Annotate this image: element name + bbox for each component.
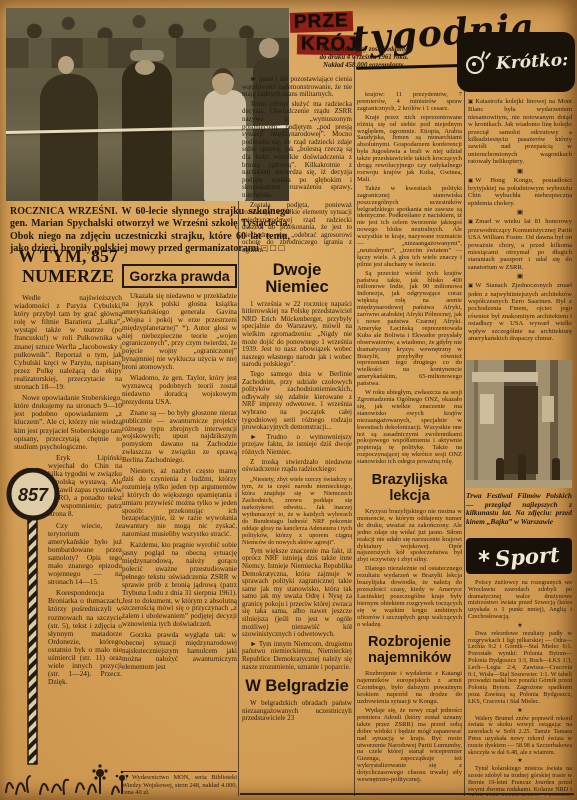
square-divider-icon: ▣ — [468, 209, 572, 217]
quote-paragraph: „Niestety, zbyt wiele rzeczy świadczy o … — [242, 476, 352, 546]
article-paragraph: Dlatego niezależnie od ostatecznego rezu… — [357, 566, 462, 628]
sport-item: Dwa rekordowe rezultaty padły w rozgrywk… — [468, 631, 572, 706]
sport-item: Tytuł kolarskiego mistrza świata na szos… — [468, 766, 572, 796]
brazylijska-lekcja-heading: Brazylijska lekcja — [357, 473, 462, 504]
article-paragraph: Z troską stwierdzało niedawne oświadczen… — [242, 459, 352, 474]
star-divider-icon: ★ — [468, 707, 572, 715]
article-paragraph: Znane są — bo były głoszone nieraz publi… — [122, 410, 237, 465]
svg-text:857: 857 — [18, 485, 49, 505]
square-marker-icon: ▣ — [468, 219, 473, 225]
issue-paragraph: Wedle najświeższych wiadomości z Paryża … — [14, 294, 122, 391]
sport-item: Walery Brumel znów poprawił rekord świat… — [468, 716, 572, 757]
article-paragraph: krajów: 11 prezydentów, 7 premierów, 4 m… — [357, 92, 462, 113]
krotko-item: ▣W Stanach Zjednoczonych zmarł jeden z n… — [468, 282, 572, 342]
article-paragraph: Każdemu, kto pragnie wyrobić sobie jasny… — [122, 542, 237, 629]
caption-lead: ROCZNICA WRZEŚNI. — [10, 206, 118, 217]
article-paragraph: ► jasne i nie pozostawiające cienia wątp… — [242, 76, 352, 99]
gorzka-prawda-heading: Gorzka prawda — [122, 264, 237, 288]
article-paragraph: Są przecież wśród tych krajów państwa ta… — [357, 271, 462, 388]
logo-line1: PRZE — [290, 11, 353, 33]
press-note: Numer niniejszy został oddany do druku 4… — [318, 46, 410, 71]
square-marker-icon: ▣ — [468, 178, 473, 184]
article-paragraph: Temu celowi służyć ma radziecka decyzja.… — [242, 101, 352, 200]
sport-star-icon — [478, 550, 490, 562]
krotko-item: ▣W Hong Kongu, posiadłości brytyjskiej n… — [468, 177, 572, 208]
article-paragraph: Ukazała się niedawno w przekładzie na ję… — [122, 293, 237, 372]
article-paragraph: Tego samego dnia w Berlinie Zachodnim, p… — [242, 371, 352, 432]
issue-paragraph: Nowe opowiadanie Stoberskiego, które dru… — [14, 394, 122, 451]
krotko-item: ▣Katastrofa kolejki linowej na Mont Blan… — [468, 98, 572, 166]
week-review-column: ► jasne i nie pozostawiające cienia wątp… — [242, 76, 352, 798]
rozbrojenie-heading: Rozbrojenie najemników — [357, 635, 462, 666]
article-paragraph: Wiadomo, że gen. Taylor, który jest wyzn… — [122, 375, 237, 407]
square-marker-icon: ▣ — [468, 283, 473, 289]
article-paragraph: Rozbrojenie i wydalenie z Katangi najemn… — [357, 671, 462, 706]
article-paragraph: W roku ubiegłym, zwłaszcza na sesji Zgro… — [357, 390, 462, 466]
krotko-title: Krótko: — [495, 50, 568, 74]
krotko-item: ▣Zmarł w wieku lat 81 honorowy przewodni… — [468, 218, 572, 271]
issue-heading: W TYM, 857 NUMERZE — [14, 246, 122, 286]
krotko-box: Krótko: — [459, 34, 573, 90]
sport-logo: Sport — [466, 538, 572, 574]
cinema-photo — [466, 360, 572, 488]
article-paragraph: Kryzysu brazylijskiego nie można w momen… — [357, 509, 462, 564]
sport-items: Polscy żużlowcy na rozegranych we Wrocła… — [468, 580, 572, 796]
article-paragraph: Kraje przez nich reprezentowane różnią s… — [357, 115, 462, 184]
snail-icon — [464, 51, 490, 73]
article-paragraph: Wydaje się, że nowy rząd jedności premie… — [357, 708, 462, 784]
magazine-page: PRZE KRÓJ tygodnia Numer niniejszy zosta… — [0, 0, 577, 800]
sport-title: Sport — [494, 541, 560, 570]
km-post-857-badge: 857 — [0, 468, 132, 800]
square-divider-icon: ▣ — [468, 168, 572, 176]
article-paragraph: Gorzka prawda wygląda tak: w obecnej syt… — [122, 632, 237, 672]
sepia-overlay — [466, 360, 572, 488]
article-paragraph: Niestety, aż nazbyt często mamy dziś do … — [122, 468, 237, 539]
dwoje-niemiec-heading: Dwoje Niemiec — [242, 262, 352, 296]
article-paragraph: ► Tym innym Niemcom, drugiemu państwu ni… — [242, 641, 352, 671]
krotko-items: ▣Katastrofa kolejki linowej na Mont Blan… — [468, 98, 572, 356]
article-paragraph: Została podjęta, ponieważ rozważając wsz… — [242, 202, 352, 255]
cinema-photo-caption: Trwa Festiwal Filmów Polskich — przegląd… — [466, 492, 572, 526]
article-paragraph: W belgradzkich obradach państw niezaanga… — [242, 700, 352, 723]
sport-item: Polscy żużlowcy na rozegranych we Wrocła… — [468, 580, 572, 621]
belgrad-column: krajów: 11 prezydentów, 7 premierów, 4 m… — [357, 92, 462, 798]
square-divider-icon: ▣ — [468, 273, 572, 281]
book-footnote: *) Wydawnictwo MON, seria Biblioteki Wie… — [122, 771, 237, 796]
article-paragraph: Tym większe znaczenie ma fakt, iż oprócz… — [242, 548, 352, 639]
column-rule — [464, 56, 465, 796]
gorzka-prawda-article: Gorzka prawda Ukazała się niedawno w prz… — [122, 264, 237, 796]
w-belgradzie-heading: W Belgradzie — [242, 678, 352, 695]
article-paragraph: ► Trudno o wymowniejszy przejaw faktu, ż… — [242, 434, 352, 457]
article-paragraph: Także w kwestiach polityki zagranicznej … — [357, 186, 462, 269]
star-divider-icon: ★ — [468, 757, 572, 765]
square-marker-icon: ▣ — [468, 99, 473, 105]
article-paragraph: 1 września w 22 rocznicę napaści hitlero… — [242, 301, 352, 369]
star-divider-icon: ★ — [468, 622, 572, 630]
column-rule — [354, 56, 355, 796]
